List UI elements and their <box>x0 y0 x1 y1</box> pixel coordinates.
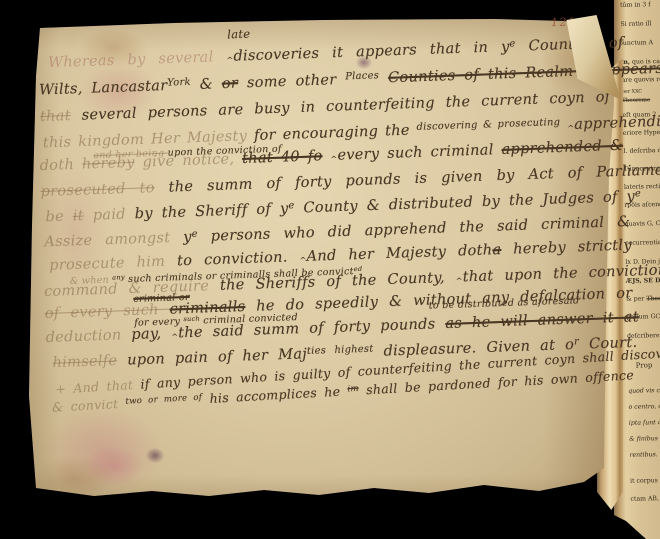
text-segment: Assize amongst <box>44 230 171 250</box>
manuscript-line: late <box>227 27 251 42</box>
text-segment: apprehending of such criminals <box>574 108 660 133</box>
text-segment: + And that <box>55 377 141 397</box>
text-segment: y <box>170 229 192 246</box>
text-segment: some other <box>238 72 346 92</box>
text-segment: Counties of <box>515 35 623 55</box>
text-segment: that 40 fo <box>242 148 323 167</box>
text-segment: paid <box>84 207 127 224</box>
text-segment: apprehended & <box>501 138 623 158</box>
text-segment: & <box>191 76 223 93</box>
text-segment: discovering & prosecuting <box>416 117 560 133</box>
text-segment: as he will answer it at <box>445 309 639 332</box>
text-segment: that upon the conviction <box>462 262 660 285</box>
text-segment: hereby <box>82 155 135 173</box>
text-segment: to conviction. <box>165 249 300 270</box>
text-segment: upon pain of her Maj <box>117 346 307 369</box>
text-segment: e <box>635 188 642 199</box>
text-segment: hereby strictly <box>501 237 632 258</box>
text-segment: York <box>167 77 191 89</box>
text-segment: late <box>227 27 251 42</box>
text-segment: Counties of this Realm it appears <box>388 61 660 87</box>
text-segment: prosecuted to <box>40 180 155 200</box>
text-segment: be <box>45 208 73 225</box>
text-segment: every such criminal <box>337 142 502 164</box>
text-segment: or <box>222 76 239 93</box>
text-segment: Wilts, Lancastar <box>39 78 168 98</box>
text-segment: for encouraging the <box>247 122 417 144</box>
text-segment: Whereas by several <box>48 49 214 71</box>
text-segment: give notice, <box>134 151 242 171</box>
text-segment: & convict <box>52 396 126 415</box>
text-segment: by the Sheriff of y <box>126 201 289 223</box>
text-segment: two or more of <box>125 393 202 407</box>
text-segment: his accomplices he <box>202 383 348 406</box>
text-segment: prosecute him <box>49 254 166 274</box>
text-segment: And her Majesty doth <box>306 242 492 264</box>
photo-background: tûm in 3 fSi ratio illpunctum Am, quo is… <box>0 0 660 539</box>
text-segment: doth <box>39 157 82 174</box>
text-segment: that <box>40 108 71 125</box>
handwriting-layer: 121 lateWhereas by several ^discoveries … <box>0 0 660 539</box>
text-segment <box>213 49 226 65</box>
text-segment: pay, <box>131 326 171 343</box>
text-segment: ties highest <box>307 344 374 357</box>
text-segment: County & distributed by the Judges of y <box>294 189 635 217</box>
text-segment: Places <box>345 70 379 82</box>
text-segment: such <box>183 315 200 324</box>
text-segment: discoveries it appears that in y <box>233 39 510 65</box>
text-segment: deduction <box>45 327 131 346</box>
text-segment: himselfe <box>52 353 117 371</box>
